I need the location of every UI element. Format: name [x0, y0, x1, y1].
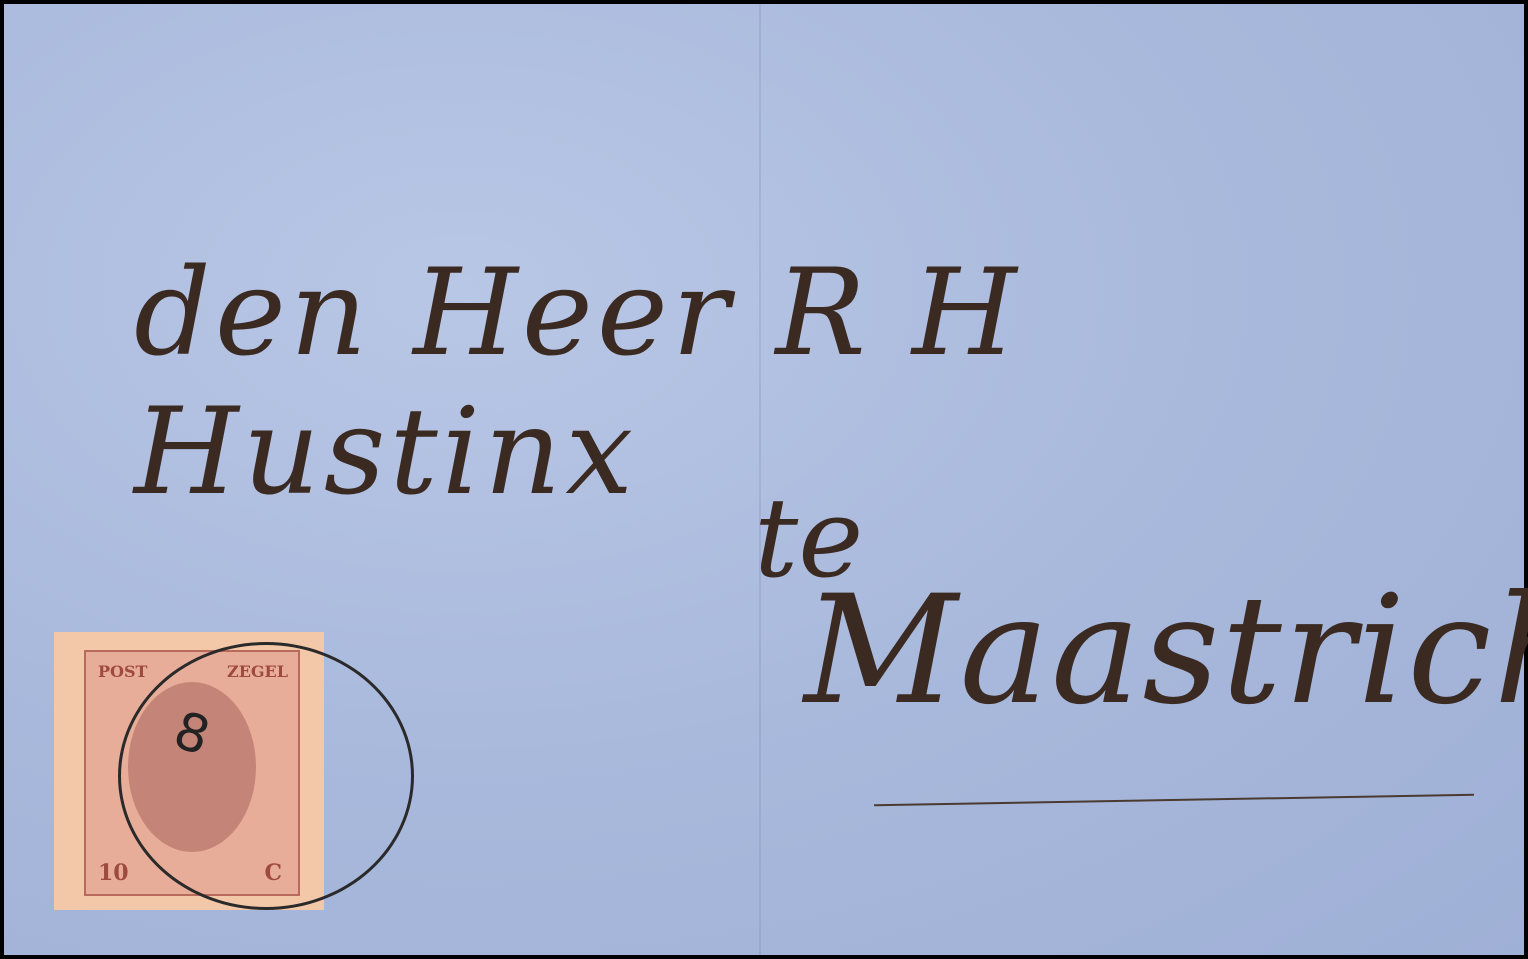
address-line-3: Maastricht	[804, 564, 1528, 738]
stamp-post-label: POST	[98, 662, 147, 681]
address-underline	[874, 794, 1474, 806]
postmark-circle	[118, 642, 414, 910]
stamp-value: 10	[98, 860, 129, 886]
